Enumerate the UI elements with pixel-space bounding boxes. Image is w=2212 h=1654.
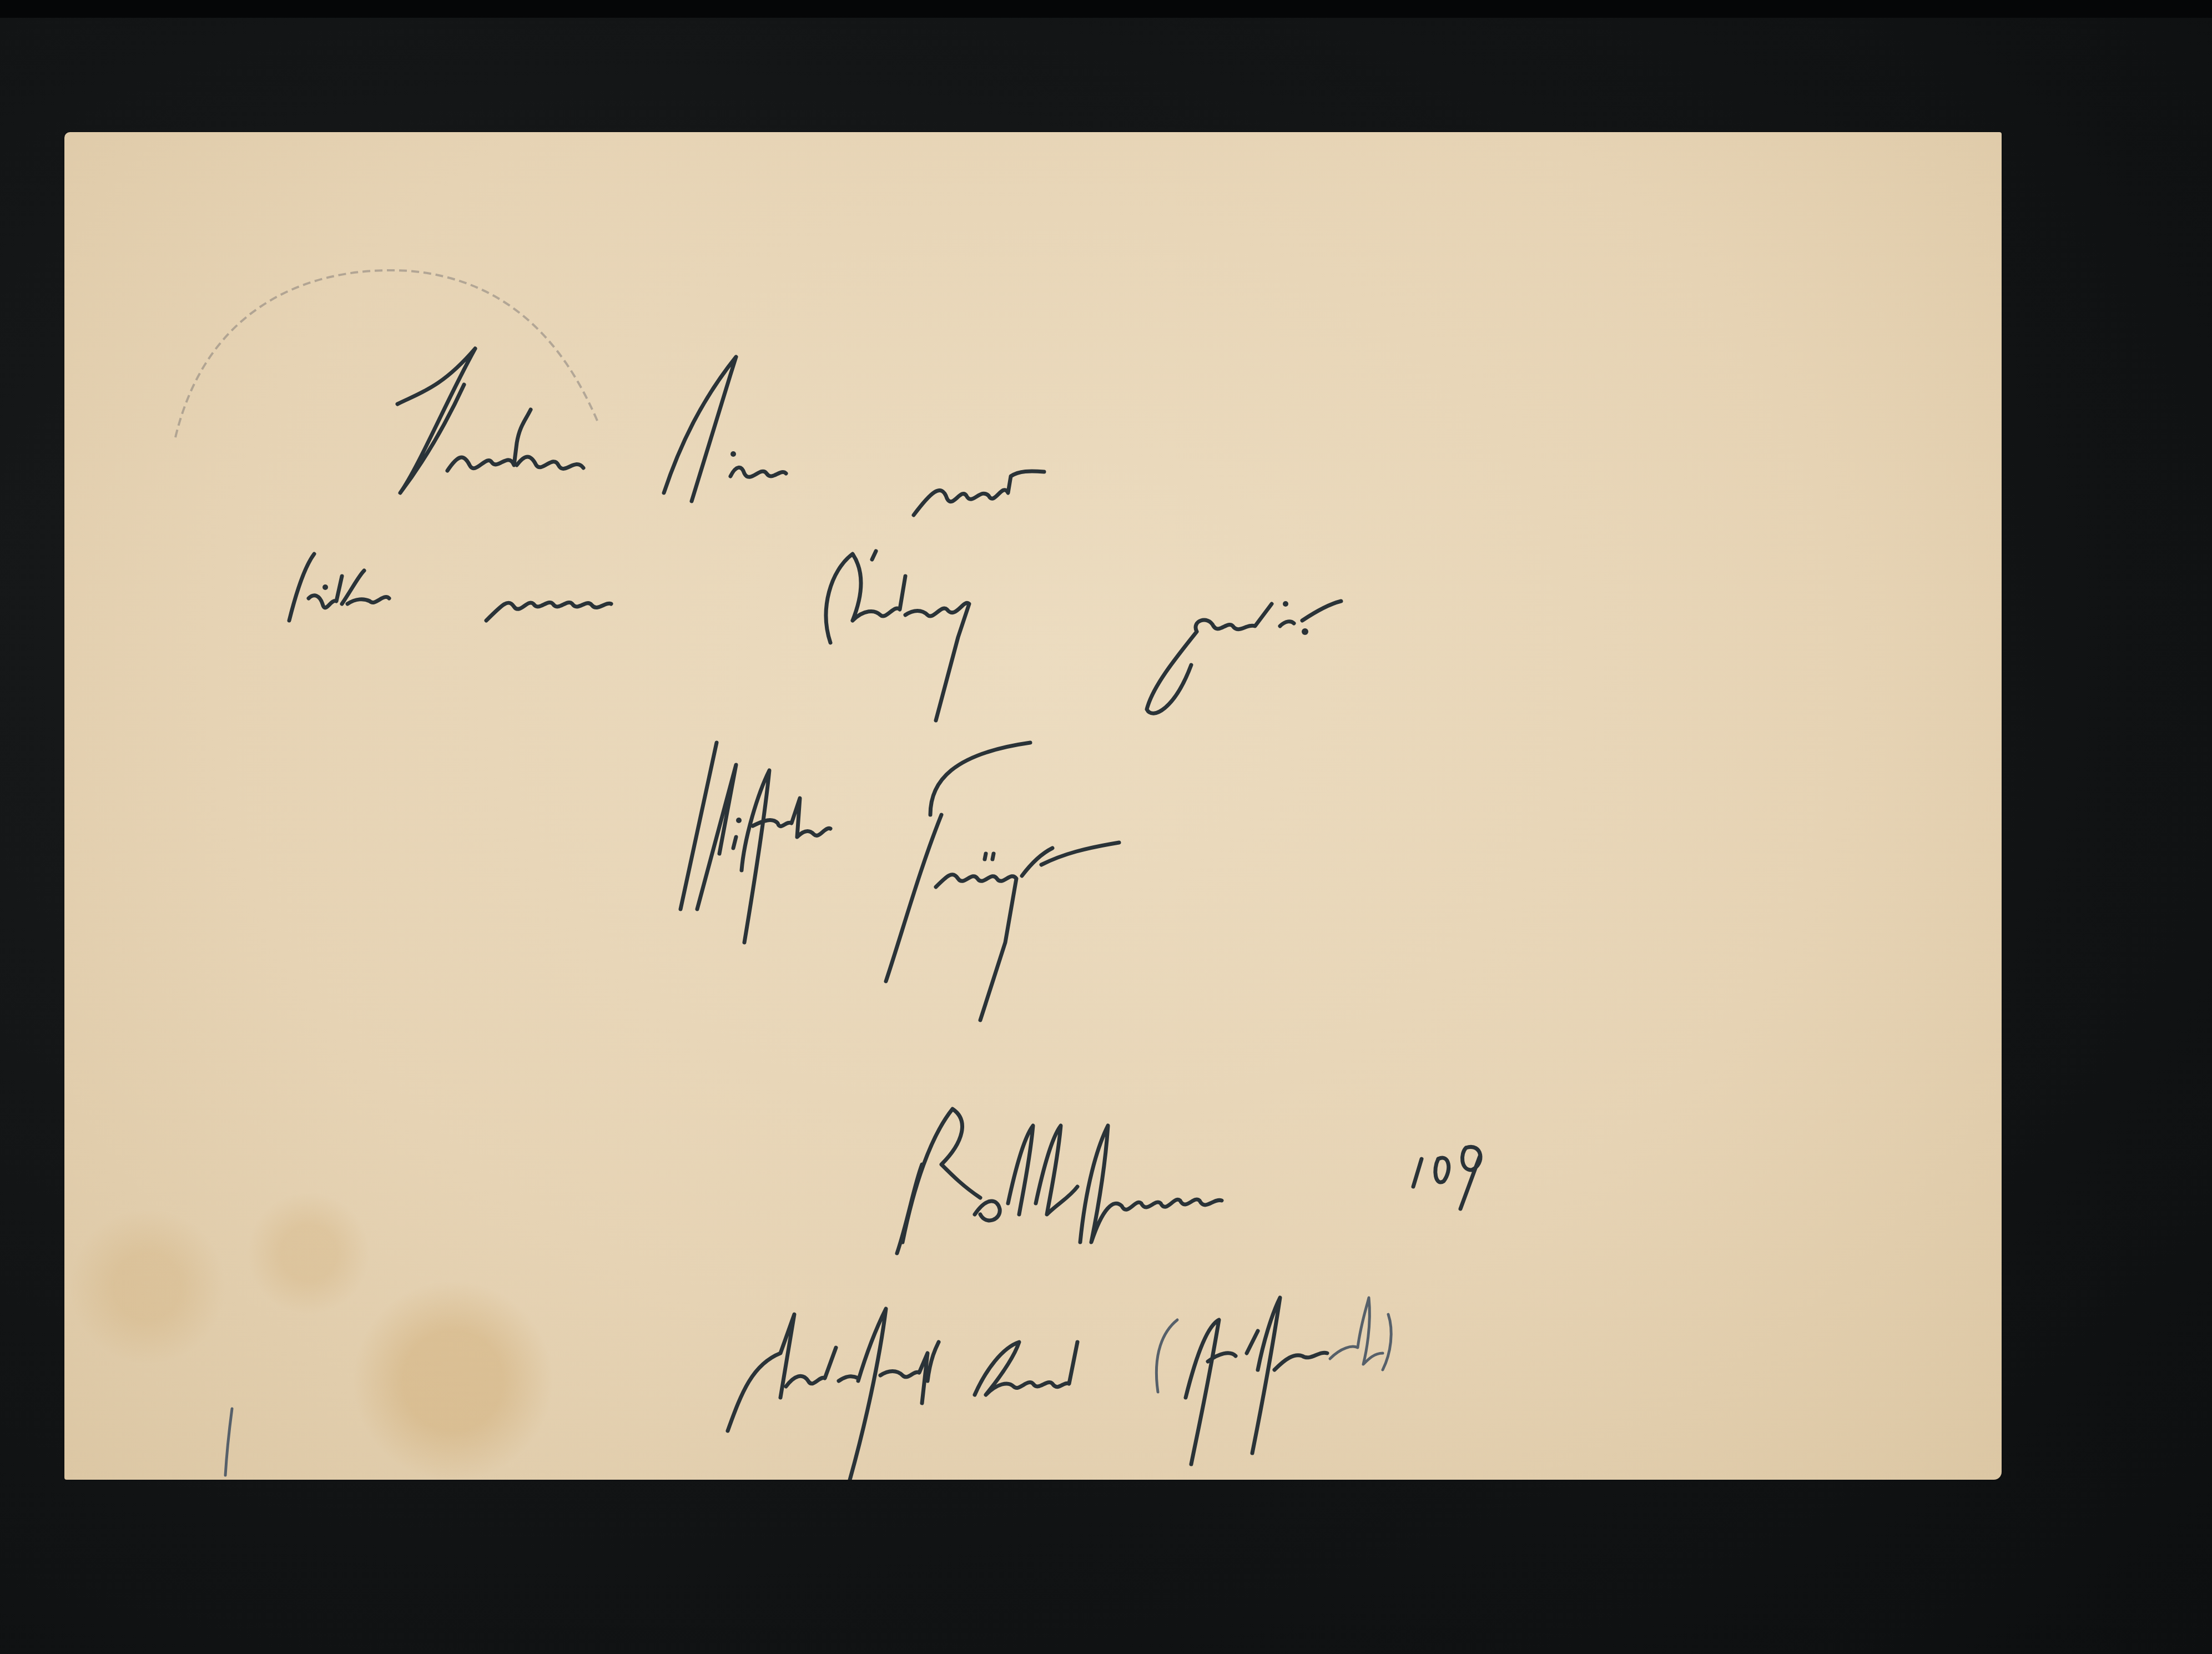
handwriting-line-3 [681,743,1119,1020]
postcard: Senden Sie mir bitte einen Katalog grati… [64,132,2002,1480]
handwriting-line-2 [289,551,1341,720]
postmark-circle-icon [175,270,597,437]
scan-background: Senden Sie mir bitte einen Katalog grati… [0,0,2212,1654]
handwriting-line-5 [728,1298,1391,1480]
handwriting-line-4 [897,1109,1480,1253]
pencil-mark [225,1409,232,1475]
handwriting-line-1 [397,349,1044,515]
scanner-edge-strip [0,0,2212,18]
handwriting-layer [64,132,2002,1480]
